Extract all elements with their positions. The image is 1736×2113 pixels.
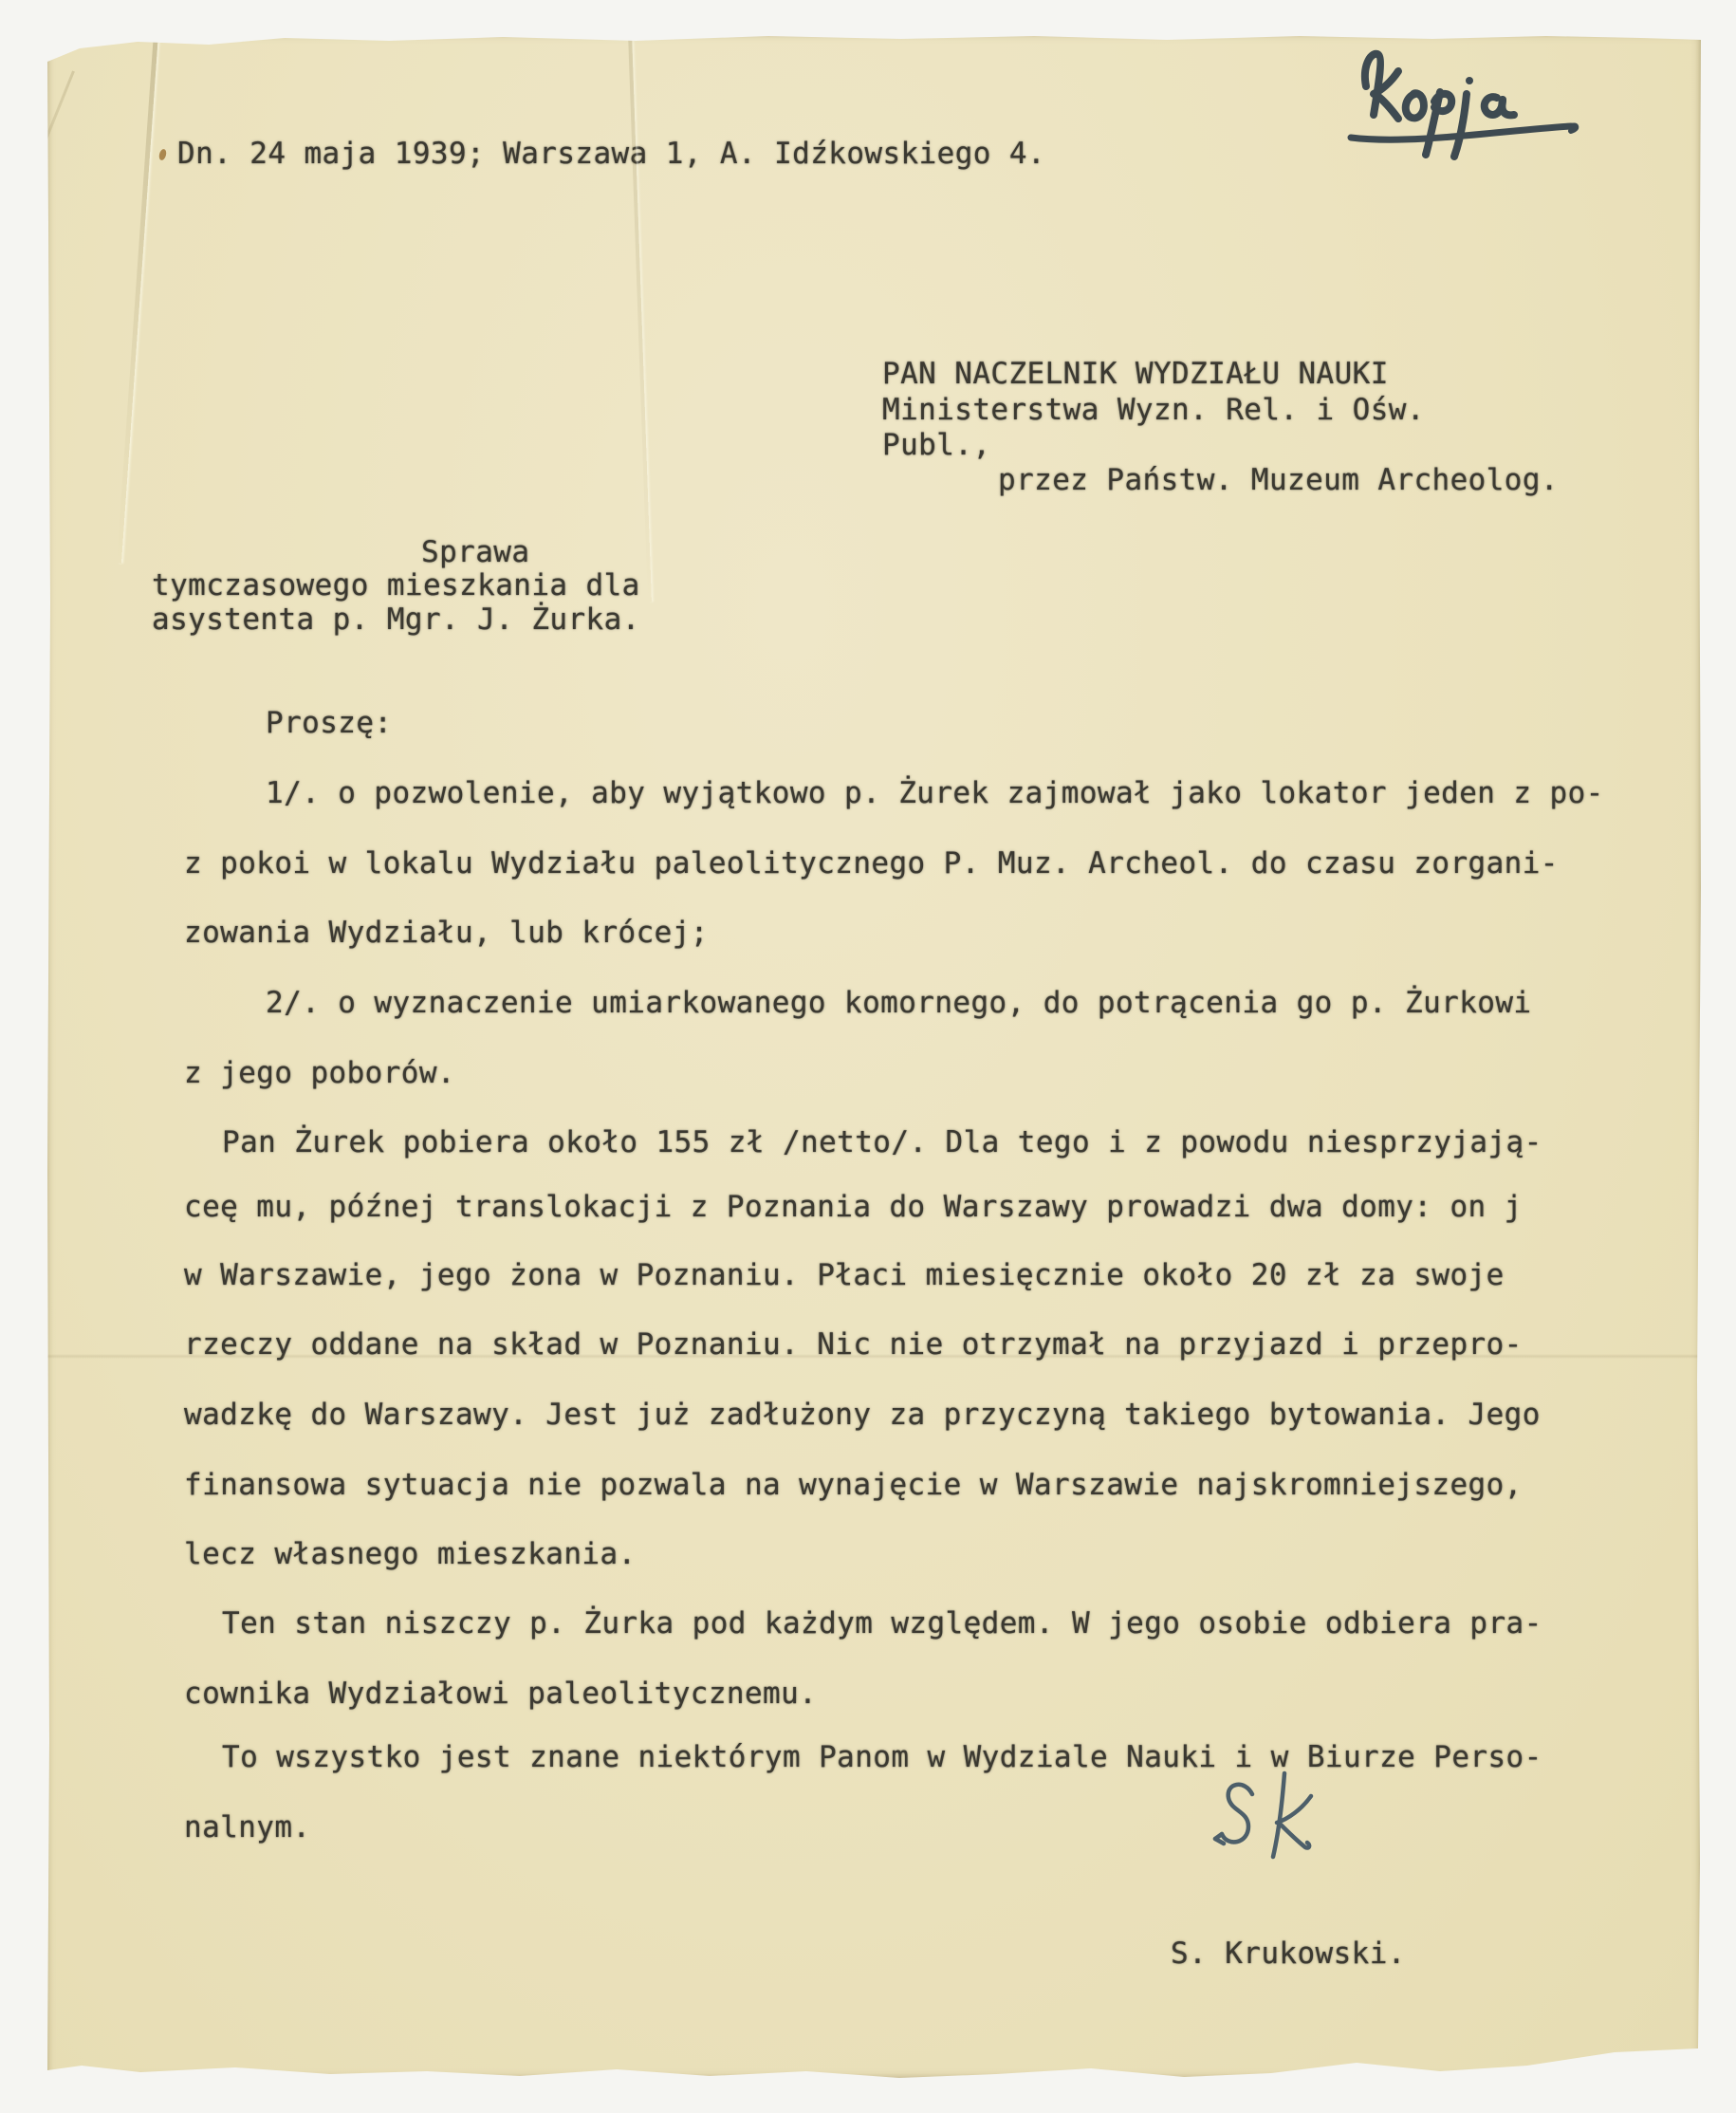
sk-initials-handwriting	[1212, 1770, 1338, 1876]
recipient-line-2: Ministerstwa Wyzn. Rel. i Ośw.	[882, 394, 1425, 426]
scan-background: { "colors": { "scan_background": "#f5f5f…	[0, 0, 1736, 2113]
recipient-line-1: PAN NACZELNIK WYDZIAŁU NAUKI	[882, 358, 1389, 390]
letter-page: Dn. 24 maja 1939; Warszawa 1, A. Idźkows…	[47, 33, 1701, 2078]
subject-heading: Sprawa	[421, 536, 529, 568]
recipient-line-3: Publ.,	[882, 429, 990, 461]
body-line: ceę mu, późnej translokacji z Poznania d…	[184, 1191, 1523, 1223]
body-line: 1/. o pozwolenie, aby wyjątkowo p. Żurek…	[266, 777, 1604, 809]
body-line: rzeczy oddane na skład w Poznaniu. Nic n…	[184, 1328, 1523, 1361]
signature: S. Krukowski.	[1171, 1937, 1406, 1970]
body-line: zowania Wydziału, lub krócej;	[184, 917, 709, 949]
body-line: z pokoi w lokalu Wydziału paleolityczneg…	[184, 847, 1559, 880]
body-line: finansowa sytuacja nie pozwala na wynaję…	[184, 1469, 1523, 1501]
body-line: Proszę:	[266, 707, 392, 739]
body-line: wadzkę do Warszawy. Jest już zadłużony z…	[184, 1399, 1541, 1431]
kopja-handwriting-annotation	[1345, 43, 1588, 172]
subject-line-3: asystenta p. Mgr. J. Żurka.	[152, 603, 640, 636]
body-line: nalnym.	[184, 1811, 310, 1844]
body-line: lecz własnego mieszkania.	[184, 1538, 637, 1570]
body-line: cownika Wydziałowi paleolitycznemu.	[184, 1677, 817, 1710]
dateline: Dn. 24 maja 1939; Warszawa 1, A. Idźkows…	[177, 138, 1045, 170]
subject-line-2: tymczasowego mieszkania dla	[152, 569, 640, 602]
paper-stain	[158, 148, 168, 160]
fold-crease	[117, 33, 158, 564]
body-line: Pan Żurek pobiera około 155 zł /netto/. …	[222, 1126, 1542, 1158]
body-line: Ten stan niszczy p. Żurka pod każdym wzg…	[222, 1607, 1542, 1640]
body-line: To wszystko jest znane niektórym Panom w…	[222, 1741, 1542, 1773]
fold-crease	[0, 70, 75, 318]
recipient-line-4: przez Państw. Muzeum Archeolog.	[998, 464, 1559, 496]
fold-crease	[628, 33, 652, 602]
body-line: w Warszawie, jego żona w Poznaniu. Płaci…	[184, 1259, 1505, 1291]
body-line: z jego poborów.	[184, 1057, 455, 1089]
body-line: 2/. o wyznaczenie umiarkowanego komorneg…	[266, 987, 1531, 1019]
